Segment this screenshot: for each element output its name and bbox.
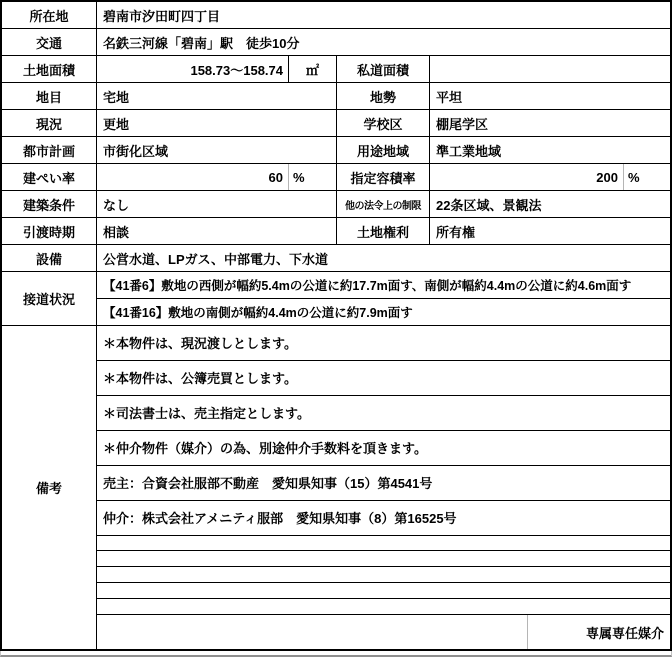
- facilities-value: 公営水道、LPガス、中部電力、下水道: [97, 245, 670, 271]
- remarks-line-empty: [97, 583, 670, 599]
- private-road-label: 私道面積: [337, 56, 430, 82]
- remarks-line-empty: [97, 567, 670, 583]
- remarks-footer-empty-cell: [97, 615, 527, 649]
- row-transport: 交通 名鉄三河線「碧南」駅 徒歩10分: [2, 29, 670, 56]
- row-coverage-ratio: 建ぺい率 60 % 指定容積率 200 %: [2, 164, 670, 191]
- row-remarks: 備考 ＊本物件は、現況渡しとします。 ＊本物件は、公簿売買とします。 ＊司法書士…: [2, 326, 670, 649]
- school-district-value: 棚尾学区: [430, 110, 670, 136]
- row-land-area: 土地面積 158.73〜158.74 ㎡ 私道面積: [2, 56, 670, 83]
- floor-area-ratio-value: 200: [430, 164, 623, 190]
- remarks-footer-row: 専属専任媒介: [97, 615, 670, 649]
- remarks-line-empty: [97, 599, 670, 615]
- handover-value: 相談: [97, 218, 337, 244]
- city-planning-value: 市街化区域: [97, 137, 337, 163]
- private-road-value: [430, 56, 670, 82]
- coverage-ratio-label: 建ぺい率: [2, 164, 97, 190]
- floor-area-ratio-label: 指定容積率: [337, 164, 430, 190]
- row-current-state: 現況 更地 学校区 棚尾学区: [2, 110, 670, 137]
- land-area-label: 土地面積: [2, 56, 97, 82]
- handover-label: 引渡時期: [2, 218, 97, 244]
- terrain-value: 平坦: [430, 83, 670, 109]
- property-listing-sheet: 所在地 碧南市汐田町四丁目 交通 名鉄三河線「碧南」駅 徒歩10分 土地面積 1…: [0, 0, 672, 657]
- floor-area-ratio-unit: %: [623, 164, 670, 190]
- build-terms-label: 建築条件: [2, 191, 97, 217]
- row-handover: 引渡時期 相談 土地権利 所有権: [2, 218, 670, 245]
- legal-restrictions-label: 他の法令上の制限: [337, 191, 430, 217]
- property-table: 所在地 碧南市汐田町四丁目 交通 名鉄三河線「碧南」駅 徒歩10分 土地面積 1…: [0, 0, 672, 651]
- current-state-value: 更地: [97, 110, 337, 136]
- school-district-label: 学校区: [337, 110, 430, 136]
- road-access-lines: 【41番6】敷地の西側が幅約5.4mの公道に約17.7m面す、南側が幅約4.4m…: [97, 272, 670, 325]
- remarks-line: ＊仲介物件（媒介）の為、別途仲介手数料を頂きます。: [97, 431, 670, 466]
- road-access-line-1: 【41番6】敷地の西側が幅約5.4mの公道に約17.7m面す、南側が幅約4.4m…: [97, 272, 670, 299]
- land-area-value: 158.73〜158.74: [97, 56, 288, 82]
- brokerage-type-label: 専属専任媒介: [527, 615, 670, 649]
- row-city-planning: 都市計画 市街化区域 用途地域 準工業地域: [2, 137, 670, 164]
- row-facilities: 設備 公営水道、LPガス、中部電力、下水道: [2, 245, 670, 272]
- remarks-line-empty: [97, 551, 670, 567]
- transport-label: 交通: [2, 29, 97, 55]
- terrain-label: 地勢: [337, 83, 430, 109]
- coverage-ratio-unit: %: [288, 164, 337, 190]
- transport-value: 名鉄三河線「碧南」駅 徒歩10分: [97, 29, 670, 55]
- road-access-line-2: 【41番16】敷地の南側が幅約4.4mの公道に約7.9m面す: [97, 299, 670, 325]
- remarks-line: ＊司法書士は、売主指定とします。: [97, 396, 670, 431]
- land-area-unit: ㎡: [288, 56, 337, 82]
- location-label: 所在地: [2, 2, 97, 28]
- remarks-label: 備考: [2, 326, 97, 649]
- current-state-label: 現況: [2, 110, 97, 136]
- row-road-access: 接道状況 【41番6】敷地の西側が幅約5.4mの公道に約17.7m面す、南側が幅…: [2, 272, 670, 326]
- city-planning-label: 都市計画: [2, 137, 97, 163]
- land-category-value: 宅地: [97, 83, 337, 109]
- row-build-terms: 建築条件 なし 他の法令上の制限 22条区域、景観法: [2, 191, 670, 218]
- remarks-line: ＊本物件は、公簿売買とします。: [97, 361, 670, 396]
- remarks-lines: ＊本物件は、現況渡しとします。 ＊本物件は、公簿売買とします。 ＊司法書士は、売…: [97, 326, 670, 649]
- road-access-label: 接道状況: [2, 272, 97, 325]
- remarks-line: ＊本物件は、現況渡しとします。: [97, 326, 670, 361]
- window-bottom-edge: [0, 651, 672, 657]
- row-location: 所在地 碧南市汐田町四丁目: [2, 2, 670, 29]
- facilities-label: 設備: [2, 245, 97, 271]
- row-land-category: 地目 宅地 地勢 平坦: [2, 83, 670, 110]
- land-rights-label: 土地権利: [337, 218, 430, 244]
- coverage-ratio-value: 60: [97, 164, 288, 190]
- zoning-value: 準工業地域: [430, 137, 670, 163]
- land-category-label: 地目: [2, 83, 97, 109]
- location-value: 碧南市汐田町四丁目: [97, 2, 670, 28]
- build-terms-value: なし: [97, 191, 337, 217]
- remarks-line-seller: 売主：合資会社服部不動産 愛知県知事（15）第4541号: [97, 466, 670, 501]
- legal-restrictions-value: 22条区域、景観法: [430, 191, 670, 217]
- remarks-line-empty: [97, 536, 670, 552]
- remarks-line-broker: 仲介：株式会社アメニティ服部 愛知県知事（8）第16525号: [97, 501, 670, 536]
- land-rights-value: 所有権: [430, 218, 670, 244]
- zoning-label: 用途地域: [337, 137, 430, 163]
